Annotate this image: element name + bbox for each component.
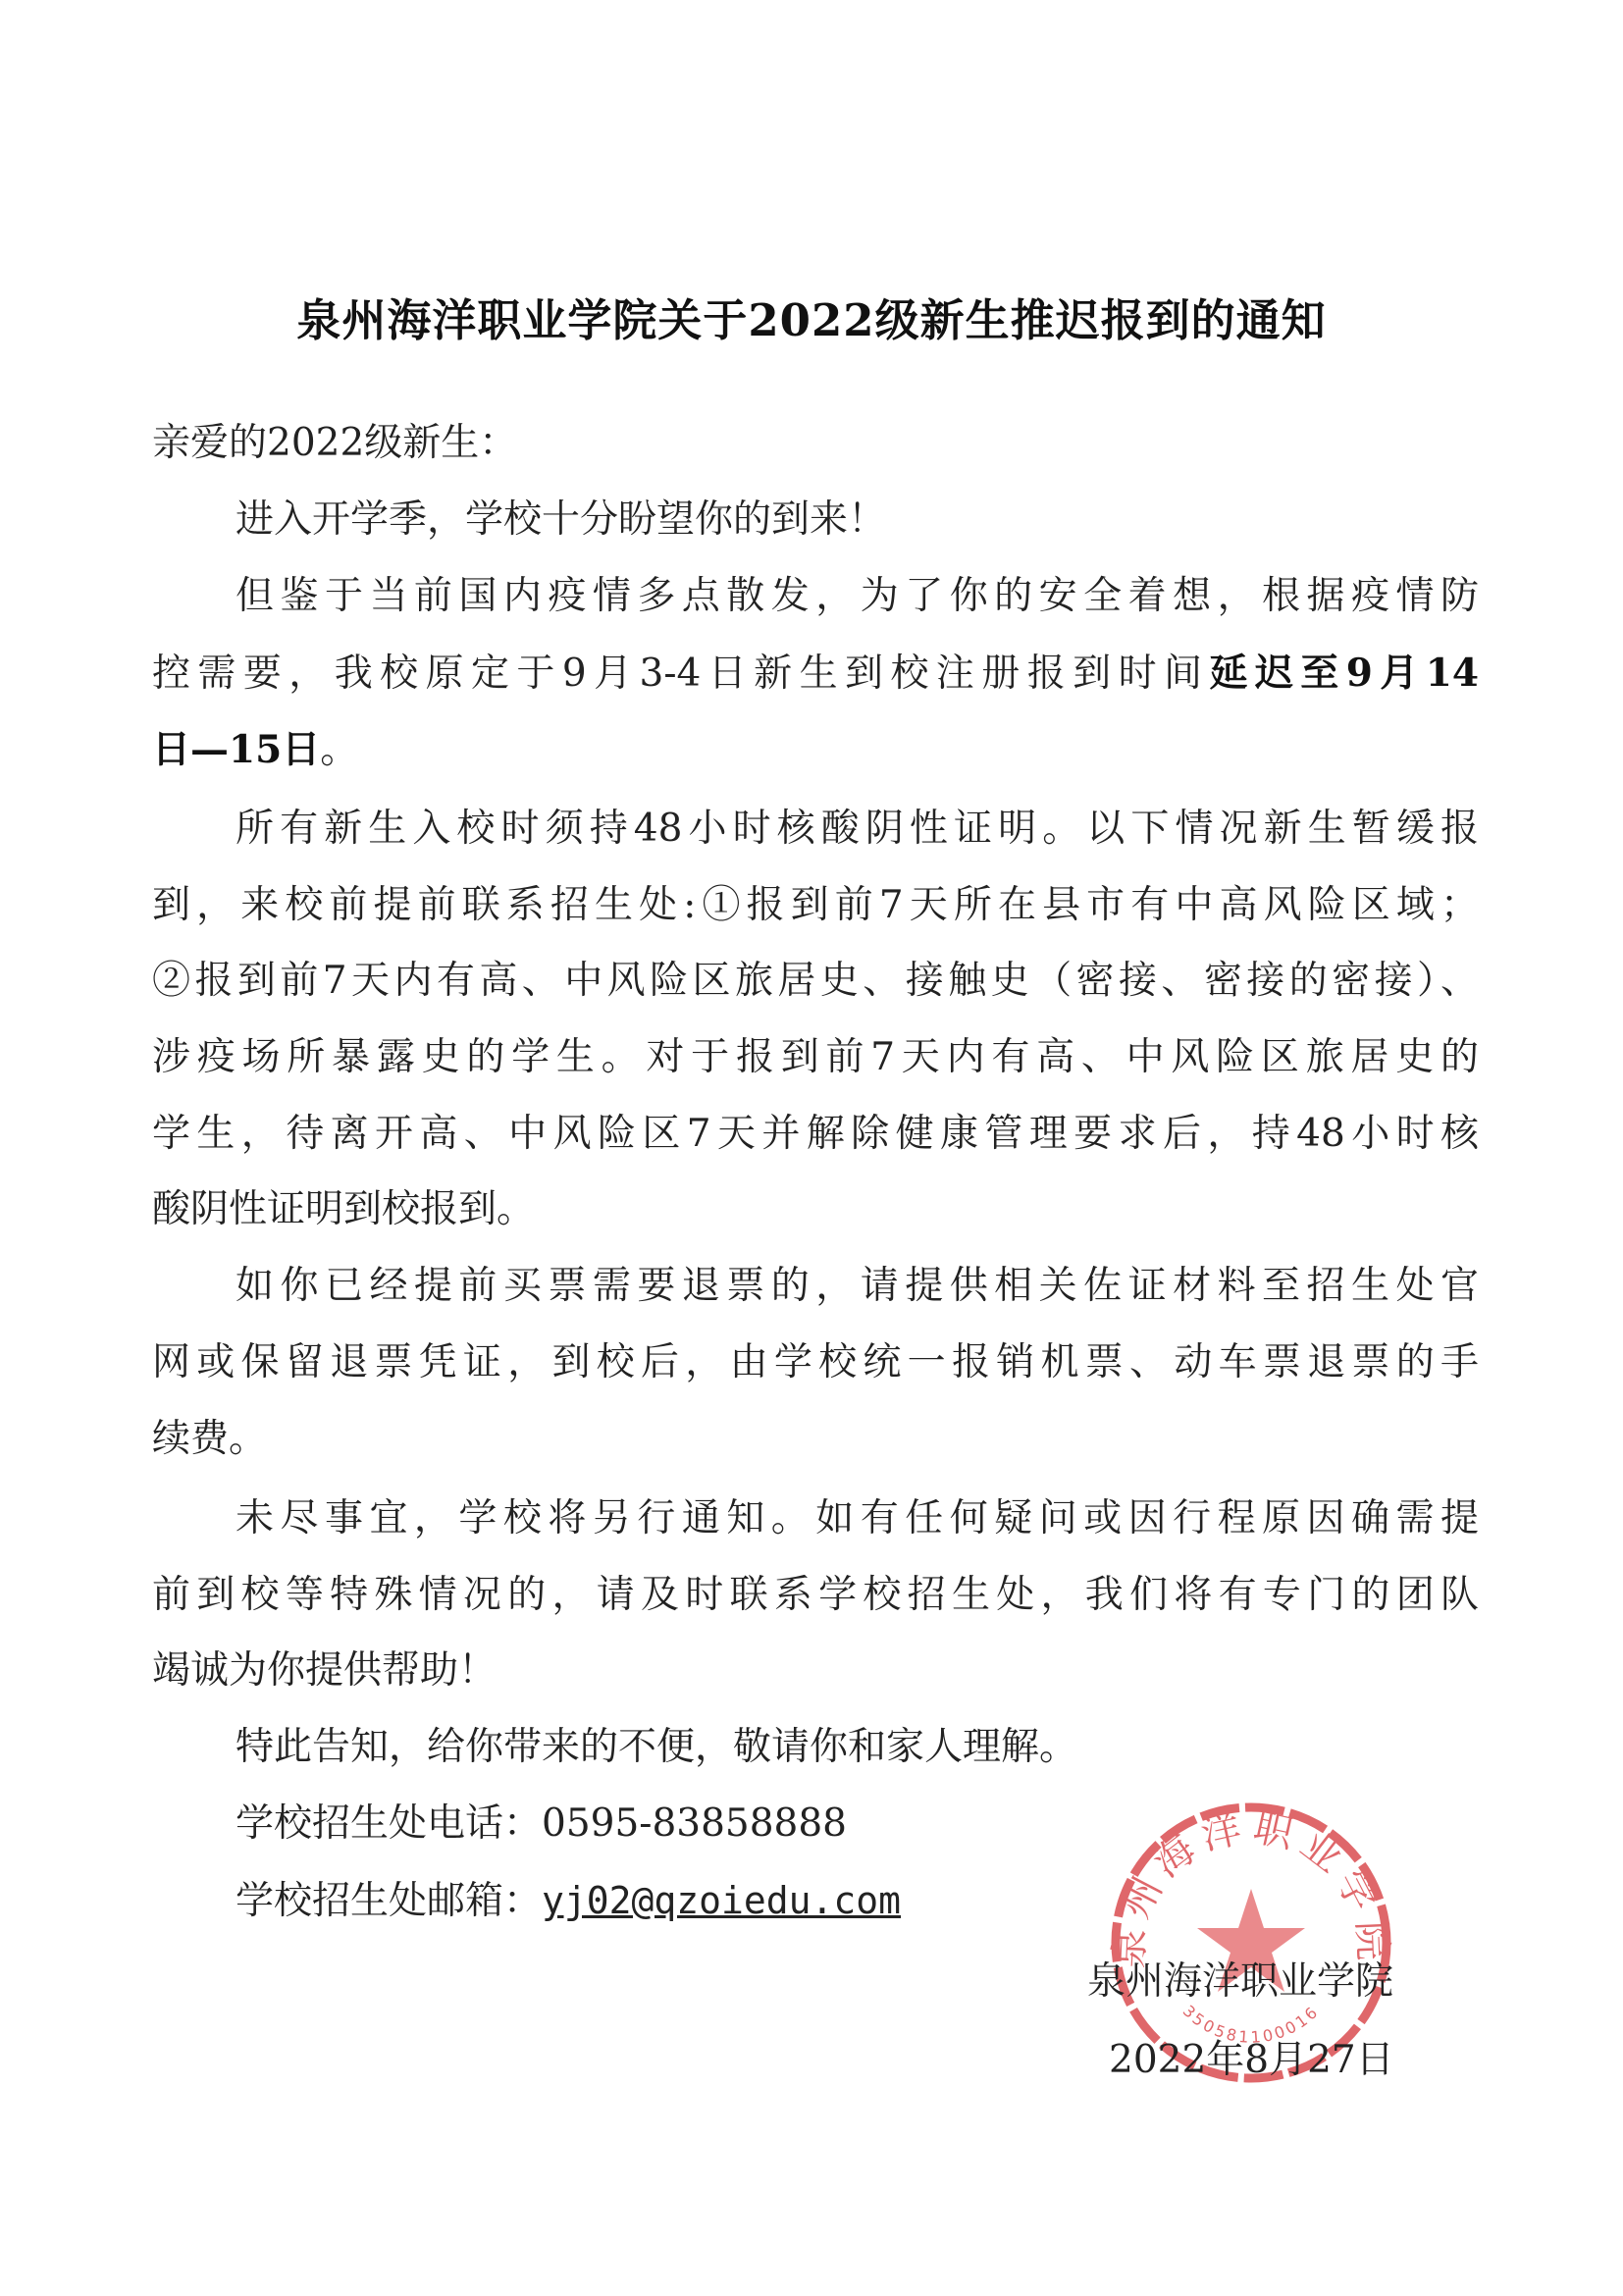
- email-link[interactable]: yj02@qzoiedu.com: [542, 1879, 901, 1922]
- salutation: 亲爱的2022级新生：: [152, 414, 1479, 473]
- phone-number: 0595-83858888: [542, 1801, 847, 1846]
- paragraph-2-line-3: 日—15日。: [152, 720, 1479, 779]
- paragraph-3-line-3: ②报到前7天内有高、中风险区旅居史、接触史（密接、密接的密接）、: [152, 952, 1479, 1011]
- postponed-date-end-highlight: 日—15日: [152, 727, 320, 772]
- paragraph-3-line-2: 到，来校前提前联系招生处:①报到前7天所在县市有中高风险区域；: [152, 876, 1479, 935]
- signature-organization: 泉州海洋职业学院: [1087, 1951, 1393, 2006]
- postponed-date-highlight: 延迟至9月14: [1209, 651, 1479, 696]
- email-label: 学校招生处邮箱：: [236, 1879, 542, 1923]
- paragraph-5-line-1: 未尽事宜，学校将另行通知。如有任何疑问或因行程原因确需提: [236, 1489, 1479, 1548]
- paragraph-2-normal-text: 控需要，我校原定于9月3-4日新生到校注册报到时间: [152, 652, 1209, 696]
- paragraph-2-period: 。: [320, 728, 358, 772]
- signature-date: 2022年8月27日: [1109, 2029, 1394, 2084]
- paragraph-4-line-1: 如你已经提前买票需要退票的，请提供相关佐证材料至招生处官: [236, 1257, 1479, 1316]
- paragraph-3-line-6: 酸阴性证明到校报到。: [152, 1180, 1479, 1239]
- paragraph-5-line-2: 前到校等特殊情况的，请及时联系学校招生处，我们将有专门的团队: [152, 1566, 1479, 1625]
- paragraph-2-line-1: 但鉴于当前国内疫情多点散发，为了你的安全着想，根据疫情防: [236, 567, 1479, 626]
- paragraph-5-line-3: 竭诚为你提供帮助！: [152, 1642, 1479, 1700]
- paragraph-4-line-2: 网或保留退票凭证，到校后，由学校统一报销机票、动车票退票的手: [152, 1333, 1479, 1392]
- paragraph-3-line-1: 所有新生入校时须持48小时核酸阴性证明。以下情况新生暂缓报: [236, 800, 1479, 859]
- paragraph-4-line-3: 续费。: [152, 1410, 1479, 1469]
- phone-label: 学校招生处电话：: [236, 1801, 542, 1846]
- paragraph-6-line-1: 特此告知，给你带来的不便，敬请你和家人理解。: [236, 1718, 1479, 1777]
- paragraph-2-line-2: 控需要，我校原定于9月3-4日新生到校注册报到时间延迟至9月14: [152, 644, 1479, 703]
- paragraph-3-line-5: 学生，待离开高、中风险区7天并解除健康管理要求后，持48小时核: [152, 1105, 1479, 1164]
- document-title: 泉州海洋职业学院关于2022级新生推迟报到的通知: [0, 285, 1623, 348]
- paragraph-1-line-1: 进入开学季，学校十分盼望你的到来！: [236, 491, 1479, 549]
- paragraph-3-line-4: 涉疫场所暴露史的学生。对于报到前7天内有高、中风险区旅居史的: [152, 1028, 1479, 1087]
